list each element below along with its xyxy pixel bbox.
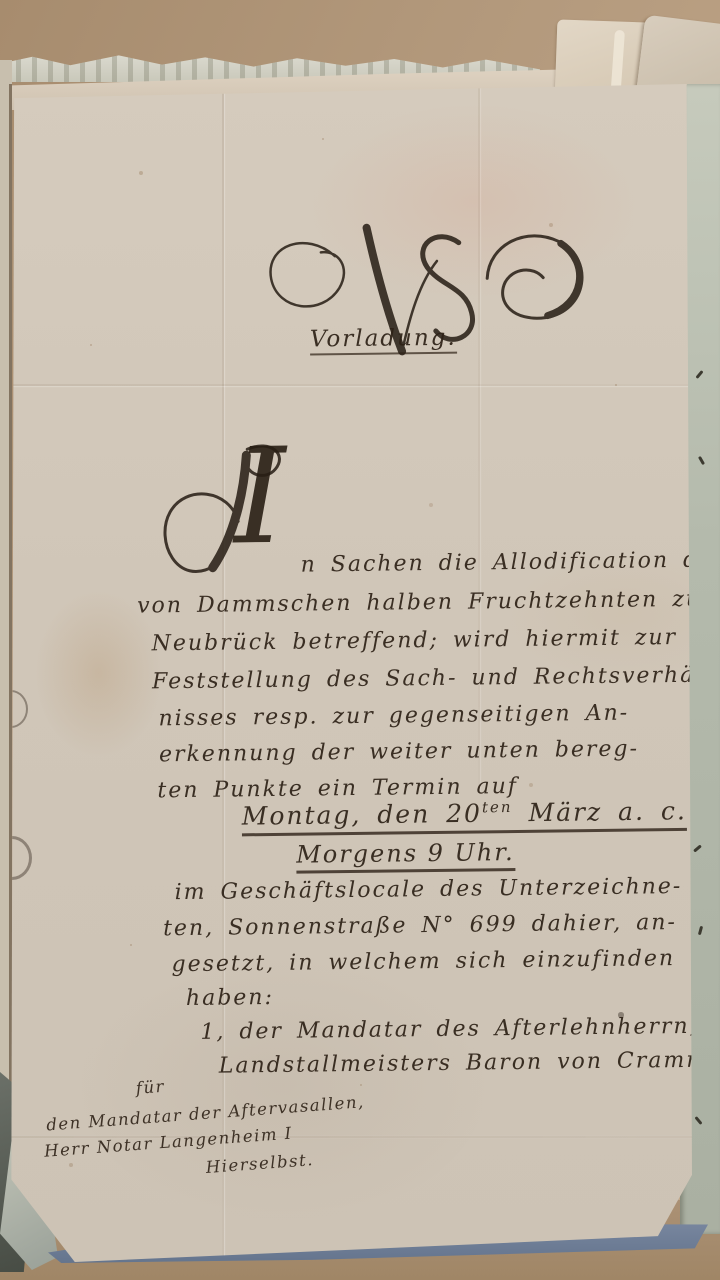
ink-bleed-mark — [694, 1116, 702, 1125]
margin-note-line: Hierselbst. — [205, 1150, 314, 1177]
manuscript-page: Vorladung. I n Sachen die Allodification… — [10, 84, 692, 1262]
photo-of-manuscript: Vorladung. I n Sachen die Allodification… — [0, 0, 720, 1280]
handwritten-text-layer: Vorladung. I n Sachen die Allodification… — [10, 84, 692, 1262]
ink-bleed-mark — [698, 456, 705, 465]
margin-insert-word: für — [135, 1077, 165, 1098]
margin-note-line: den Mandatar der Aftervasallen, — [46, 1092, 366, 1134]
ink-bleed-mark — [693, 844, 702, 852]
margin-note: für den Mandatar der Aftervasallen, Herr… — [10, 84, 692, 1262]
ink-bleed-mark — [695, 370, 703, 379]
stack-edge-shadow-line — [9, 84, 12, 1214]
ink-bleed-mark — [698, 926, 703, 935]
